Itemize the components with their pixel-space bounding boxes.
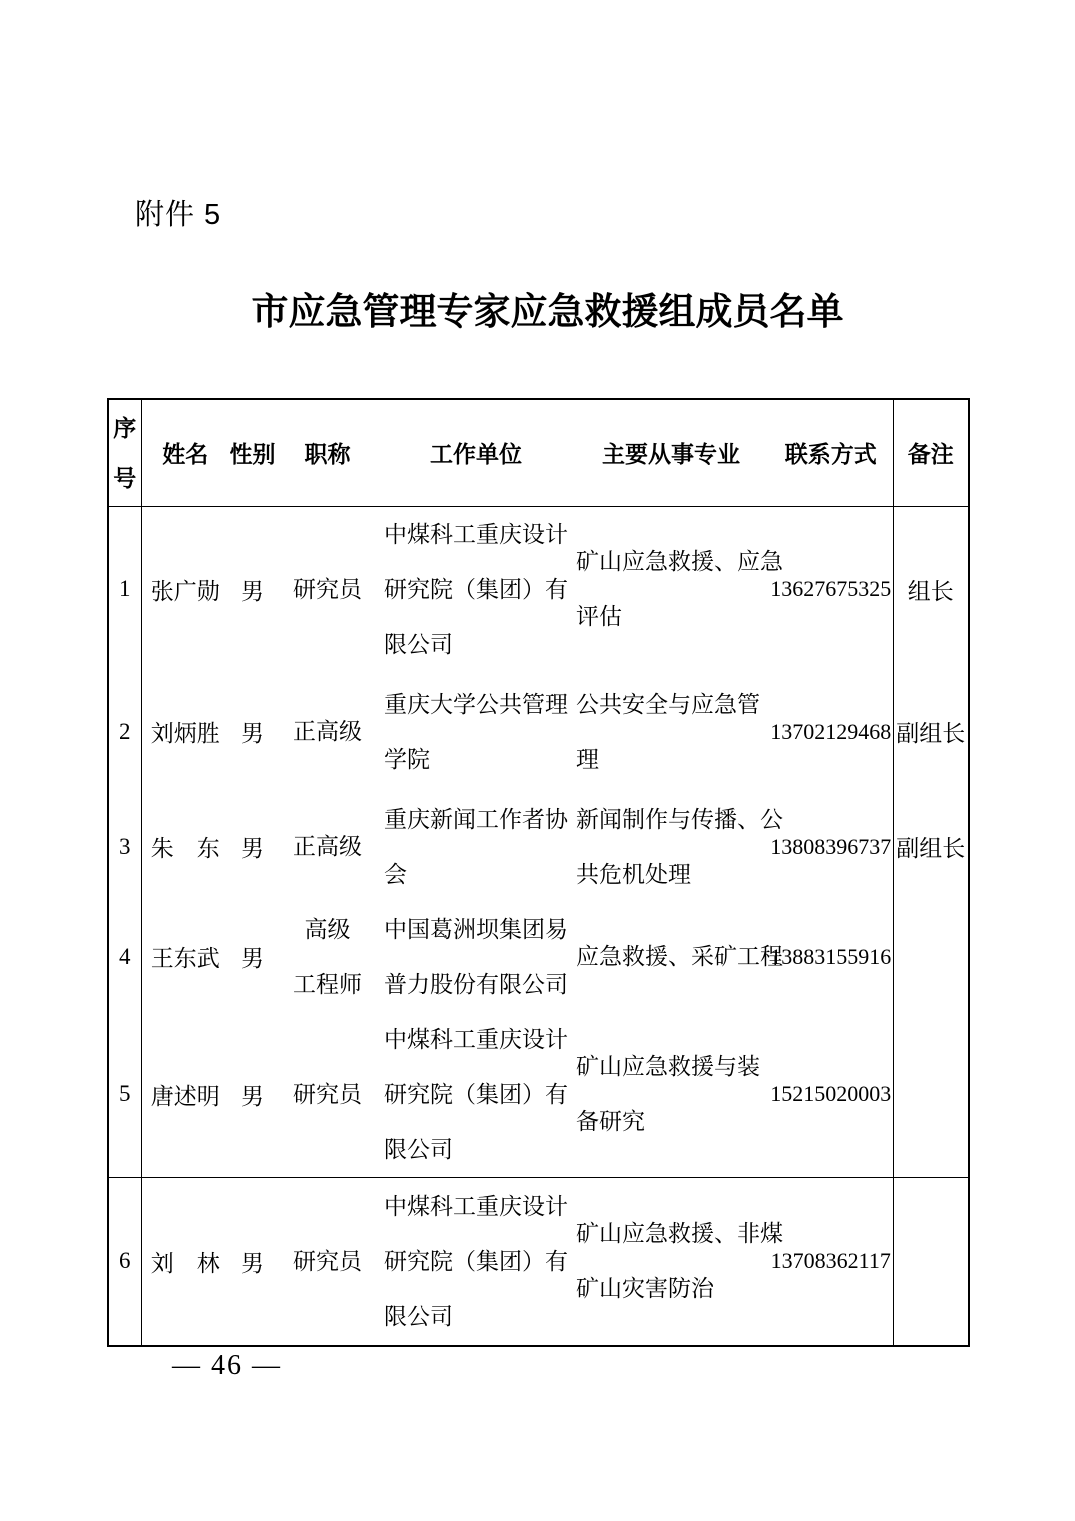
- cell-organization: 重庆大学公共管理学院: [379, 672, 573, 792]
- cell-remark: [893, 1177, 969, 1346]
- table-header: 序号 姓名 性别 职称 工作单位 主要从事专业 联系方式 备注: [108, 399, 969, 506]
- cell-remark: [893, 1012, 969, 1178]
- cell-text-line: 高级: [276, 902, 379, 957]
- cell-text-line: 矿山灾害防治: [576, 1261, 769, 1316]
- cell-text-line: 工程师: [276, 957, 379, 1012]
- cell-contact: 15215020003: [769, 1012, 893, 1178]
- cell-text-line: 矿山应急救援、应急: [576, 534, 769, 589]
- attachment-label: 附件 5: [135, 192, 221, 233]
- cell-specialty: 应急救援、采矿工程: [573, 902, 769, 1012]
- cell-contact: 13808396737: [769, 792, 893, 902]
- cell-organization: 中煤科工重庆设计研究院（集团）有限公司: [379, 1012, 573, 1178]
- cell-text-line: 共危机处理: [576, 847, 769, 902]
- cell-remark: [893, 902, 969, 1012]
- cell-text-line: 应急救援、采矿工程: [576, 929, 769, 984]
- cell-text-line: 矿山应急救援与装: [576, 1039, 769, 1094]
- cell-contact: 13708362117: [769, 1177, 893, 1346]
- cell-text-line: 限公司: [384, 617, 573, 672]
- cell-text-line: 中国葛洲坝集团易: [384, 902, 573, 957]
- cell-text-line: 正高级: [276, 704, 379, 759]
- table-row: 4王东武男高级工程师中国葛洲坝集团易普力股份有限公司应急救援、采矿工程13883…: [108, 902, 969, 1012]
- cell-remark: 副组长: [893, 792, 969, 902]
- header-organization: 工作单位: [379, 399, 573, 506]
- cell-text-line: 重庆大学公共管理: [384, 677, 573, 732]
- cell-index: 5: [108, 1012, 141, 1178]
- cell-specialty: 新闻制作与传播、公共危机处理: [573, 792, 769, 902]
- header-specialty: 主要从事专业: [573, 399, 769, 506]
- header-gender: 性别: [229, 399, 276, 506]
- cell-text-line: 新闻制作与传播、公: [576, 792, 769, 847]
- table-body: 1张广勋男研究员中煤科工重庆设计研究院（集团）有限公司矿山应急救援、应急评估13…: [108, 506, 969, 1346]
- cell-text-line: 研究员: [276, 1234, 379, 1289]
- cell-remark: 副组长: [893, 672, 969, 792]
- cell-job-title: 正高级: [276, 672, 379, 792]
- cell-index: 2: [108, 672, 141, 792]
- cell-text-line: 理: [576, 732, 769, 787]
- cell-text-line: 矿山应急救援、非煤: [576, 1206, 769, 1261]
- cell-contact: 13702129468: [769, 672, 893, 792]
- cell-gender: 男: [229, 902, 276, 1012]
- cell-text-line: 备研究: [576, 1094, 769, 1149]
- cell-text-line: 评估: [576, 589, 769, 644]
- cell-index: 4: [108, 902, 141, 1012]
- cell-specialty: 矿山应急救援与装备研究: [573, 1012, 769, 1178]
- cell-gender: 男: [229, 792, 276, 902]
- cell-index: 1: [108, 506, 141, 672]
- cell-contact: 13883155916: [769, 902, 893, 1012]
- cell-text-line: 中煤科工重庆设计: [384, 1012, 573, 1067]
- cell-name: 王东武: [141, 902, 229, 1012]
- cell-organization: 中国葛洲坝集团易普力股份有限公司: [379, 902, 573, 1012]
- table-row: 3朱 东男正高级重庆新闻工作者协会新闻制作与传播、公共危机处理138083967…: [108, 792, 969, 902]
- cell-name: 张广勋: [141, 506, 229, 672]
- cell-name: 刘炳胜: [141, 672, 229, 792]
- cell-text-line: 限公司: [384, 1122, 573, 1177]
- cell-index: 3: [108, 792, 141, 902]
- cell-text-line: 研究院（集团）有: [384, 1067, 573, 1122]
- cell-organization: 中煤科工重庆设计研究院（集团）有限公司: [379, 506, 573, 672]
- document-title: 市应急管理专家应急救援组成员名单: [107, 291, 988, 335]
- cell-text-line: 学院: [384, 732, 573, 787]
- header-remark: 备注: [893, 399, 969, 506]
- header-job-title: 职称: [276, 399, 379, 506]
- cell-text-line: 会: [384, 847, 573, 902]
- cell-text-line: 研究员: [276, 1067, 379, 1122]
- cell-gender: 男: [229, 1012, 276, 1178]
- table-row: 2刘炳胜男正高级重庆大学公共管理学院公共安全与应急管理13702129468副组…: [108, 672, 969, 792]
- header-row: 序号 姓名 性别 职称 工作单位 主要从事专业 联系方式 备注: [108, 399, 969, 506]
- cell-text-line: 研究院（集团）有: [384, 562, 573, 617]
- cell-job-title: 正高级: [276, 792, 379, 902]
- cell-text-line: 号: [109, 453, 141, 503]
- cell-organization: 中煤科工重庆设计研究院（集团）有限公司: [379, 1177, 573, 1346]
- cell-text-line: 中煤科工重庆设计: [384, 1179, 573, 1234]
- cell-job-title: 高级工程师: [276, 902, 379, 1012]
- cell-text-line: 研究员: [276, 562, 379, 617]
- cell-text-line: 中煤科工重庆设计: [384, 507, 573, 562]
- cell-specialty: 公共安全与应急管理: [573, 672, 769, 792]
- table-row: 5唐述明男研究员中煤科工重庆设计研究院（集团）有限公司矿山应急救援与装备研究15…: [108, 1012, 969, 1178]
- cell-name: 唐述明: [141, 1012, 229, 1178]
- cell-text-line: 重庆新闻工作者协: [384, 792, 573, 847]
- header-contact: 联系方式: [769, 399, 893, 506]
- cell-job-title: 研究员: [276, 1012, 379, 1178]
- cell-text-line: 普力股份有限公司: [384, 957, 573, 1012]
- document-page: 附件 5 市应急管理专家应急救援组成员名单 序号 姓名 性别 职称 工作单位 主…: [0, 0, 1075, 1521]
- cell-name: 朱 东: [141, 792, 229, 902]
- cell-gender: 男: [229, 1177, 276, 1346]
- cell-text-line: 正高级: [276, 819, 379, 874]
- cell-organization: 重庆新闻工作者协会: [379, 792, 573, 902]
- cell-text-line: 公共安全与应急管: [576, 677, 769, 732]
- table-row: 1张广勋男研究员中煤科工重庆设计研究院（集团）有限公司矿山应急救援、应急评估13…: [108, 506, 969, 672]
- header-name: 姓名: [141, 399, 229, 506]
- header-index: 序号: [108, 399, 141, 506]
- cell-job-title: 研究员: [276, 506, 379, 672]
- cell-name: 刘 林: [141, 1177, 229, 1346]
- cell-index: 6: [108, 1177, 141, 1346]
- cell-job-title: 研究员: [276, 1177, 379, 1346]
- page-number: — 46 —: [172, 1350, 282, 1382]
- cell-text-line: 研究院（集团）有: [384, 1234, 573, 1289]
- cell-text-line: 限公司: [384, 1289, 573, 1344]
- cell-contact: 13627675325: [769, 506, 893, 672]
- table-row: 6刘 林男研究员中煤科工重庆设计研究院（集团）有限公司矿山应急救援、非煤矿山灾害…: [108, 1177, 969, 1346]
- cell-text-line: 序: [109, 403, 141, 453]
- cell-gender: 男: [229, 506, 276, 672]
- cell-remark: 组长: [893, 506, 969, 672]
- cell-specialty: 矿山应急救援、应急评估: [573, 506, 769, 672]
- cell-gender: 男: [229, 672, 276, 792]
- members-table: 序号 姓名 性别 职称 工作单位 主要从事专业 联系方式 备注 1张广勋男研究员…: [107, 398, 970, 1347]
- cell-specialty: 矿山应急救援、非煤矿山灾害防治: [573, 1177, 769, 1346]
